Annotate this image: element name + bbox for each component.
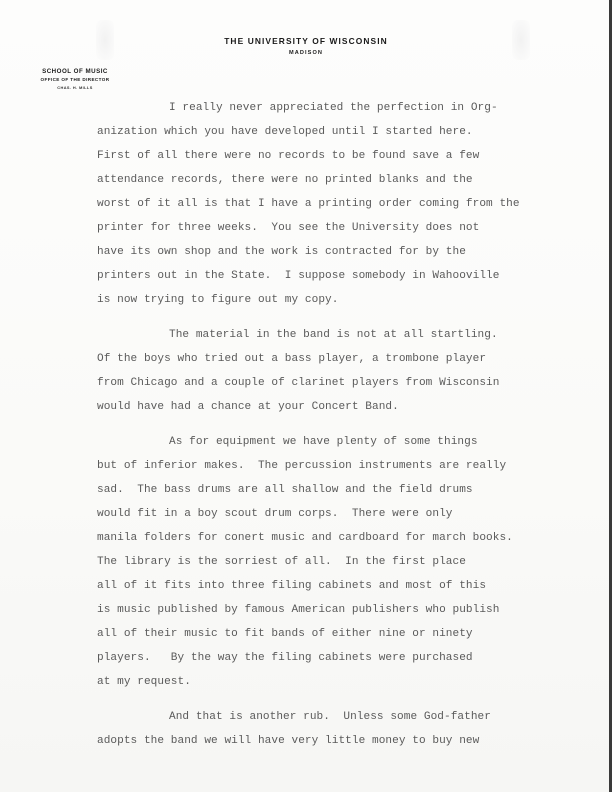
- text-line: is now trying to figure out my copy.: [97, 288, 597, 312]
- text-line: players. By the way the filing cabinets …: [97, 646, 597, 670]
- text-line: but of inferior makes. The percussion in…: [97, 454, 597, 478]
- text-line: worst of it all is that I have a printin…: [97, 192, 597, 216]
- letter-body: I really never appreciated the perfectio…: [97, 96, 597, 753]
- office-name: OFFICE OF THE DIRECTOR: [20, 76, 130, 84]
- text-line: from Chicago and a couple of clarinet pl…: [97, 371, 597, 395]
- text-line: The library is the sorriest of all. In t…: [97, 550, 597, 574]
- text-line: adopts the band we will have very little…: [97, 729, 597, 753]
- text-line: all of it fits into three filing cabinet…: [97, 574, 597, 598]
- text-line: printer for three weeks. You see the Uni…: [97, 216, 597, 240]
- paragraph: As for equipment we have plenty of some …: [97, 430, 597, 694]
- paragraph-gap: [97, 419, 597, 430]
- text-line: First of all there were no records to be…: [97, 144, 597, 168]
- text-line: would have had a chance at your Concert …: [97, 395, 597, 419]
- text-line: at my request.: [97, 670, 597, 694]
- department-name: SCHOOL OF MUSIC: [20, 67, 130, 76]
- text-line: manila folders for conert music and card…: [97, 526, 597, 550]
- paragraph: And that is another rub. Unless some God…: [97, 705, 597, 753]
- department-block: SCHOOL OF MUSIC OFFICE OF THE DIRECTOR C…: [20, 67, 130, 91]
- director-name: CHAS. H. MILLS: [20, 84, 130, 91]
- paragraph-gap: [97, 312, 597, 323]
- text-line: would fit in a boy scout drum corps. The…: [97, 502, 597, 526]
- letterhead-city: MADISON: [0, 50, 612, 56]
- paragraph: I really never appreciated the perfectio…: [97, 96, 597, 312]
- text-line: is music published by famous American pu…: [97, 598, 597, 622]
- text-line: printers out in the State. I suppose som…: [97, 264, 597, 288]
- text-line: Of the boys who tried out a bass player,…: [97, 347, 597, 371]
- text-line: sad. The bass drums are all shallow and …: [97, 478, 597, 502]
- text-line: have its own shop and the work is contra…: [97, 240, 597, 264]
- letter-page: THE UNIVERSITY OF WISCONSIN MADISON SCHO…: [0, 0, 612, 792]
- text-line: And that is another rub. Unless some God…: [97, 705, 597, 729]
- text-line: I really never appreciated the perfectio…: [97, 96, 597, 120]
- text-line: anization which you have developed until…: [97, 120, 597, 144]
- text-line: all of their music to fit bands of eithe…: [97, 622, 597, 646]
- paragraph-gap: [97, 694, 597, 705]
- text-line: attendance records, there were no printe…: [97, 168, 597, 192]
- text-line: As for equipment we have plenty of some …: [97, 430, 597, 454]
- text-line: The material in the band is not at all s…: [97, 323, 597, 347]
- letterhead-institution: THE UNIVERSITY OF WISCONSIN: [0, 36, 612, 46]
- paragraph: The material in the band is not at all s…: [97, 323, 597, 419]
